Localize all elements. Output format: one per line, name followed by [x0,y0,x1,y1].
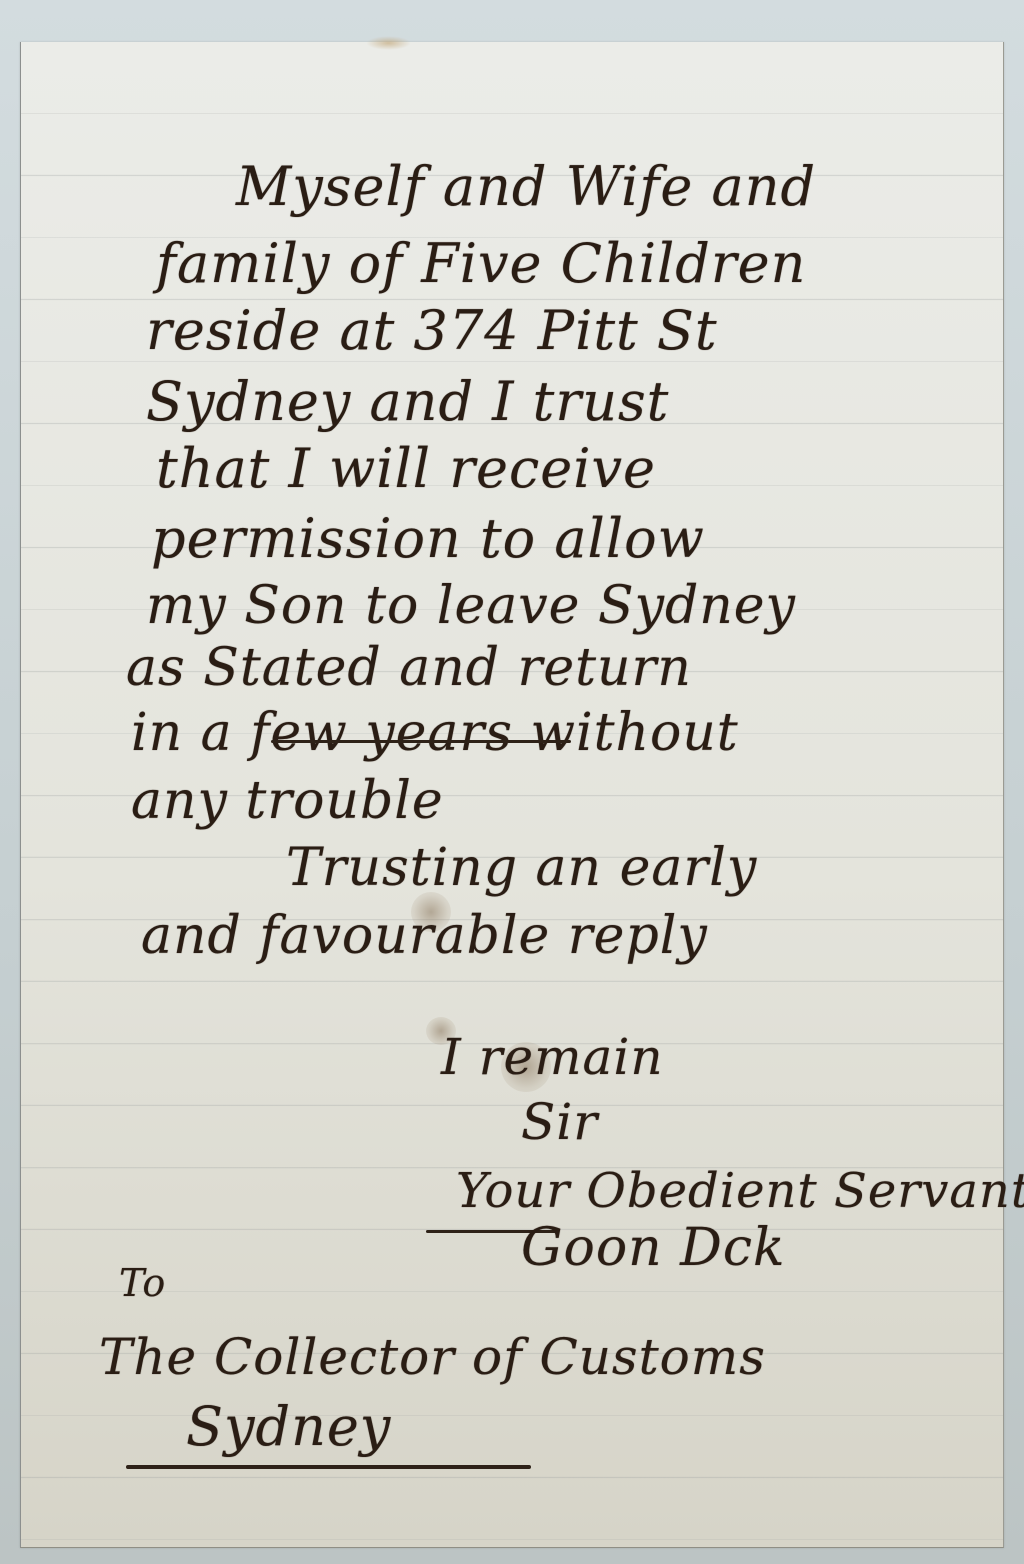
signature: Goon Dck [521,1222,786,1274]
letter-line: my Son to leave Sydney [146,580,796,632]
letter-line: permission to allow [151,512,705,566]
letter-line: family of Five Children [156,237,806,291]
letter-line: Myself and Wife and [236,160,816,214]
letter-line: that I will receive [156,442,656,496]
addressee-name: The Collector of Customs [99,1332,766,1382]
letter-line: Sydney and I trust [146,375,669,429]
letter-line: in a few years without [131,707,739,759]
closing-underline [126,1465,531,1469]
addressee-to: To [119,1264,166,1302]
addressee-city: Sydney [186,1400,391,1454]
signoff-sir: Sir [521,1097,598,1147]
letter-line: any trouble [131,775,444,827]
signoff-i-remain: I remain [441,1032,664,1082]
closing-line: and favourable reply [141,910,708,962]
signoff-obedient-servant: Your Obedient Servant [456,1167,1024,1215]
paper-tear-mark [366,36,411,50]
letter-paper: Myself and Wife and family of Five Child… [20,42,1004,1548]
pen-stroke [271,740,571,743]
letter-line: reside at 374 Pitt St [146,304,718,358]
closing-line: Trusting an early [286,842,757,894]
letter-line: as Stated and return [126,642,692,694]
